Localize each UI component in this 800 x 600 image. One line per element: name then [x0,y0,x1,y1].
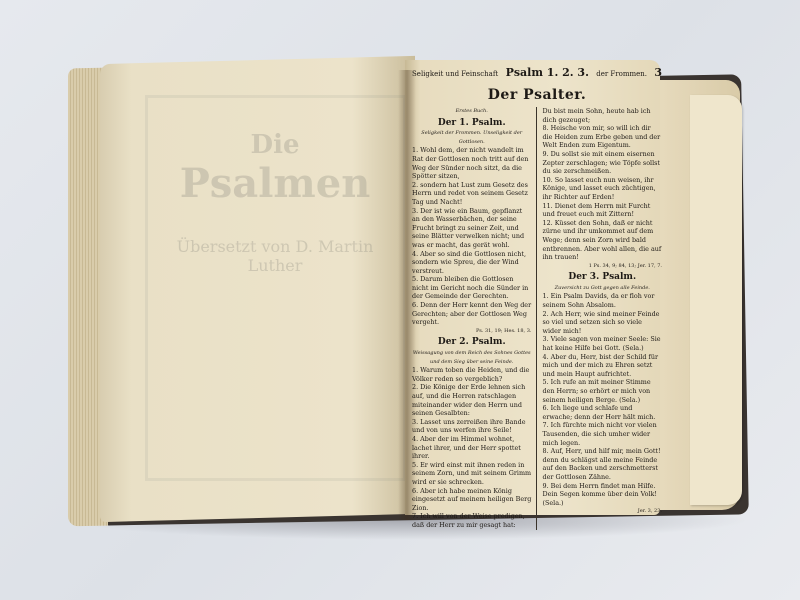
verse: 3. Lasset uns zerreißen ihre Bande und v… [412,418,532,435]
verse: 1. Warum toben die Heiden, und die Völke… [412,366,532,383]
verse: 4. Aber so sind die Gottlosen nicht, son… [412,250,532,276]
photo-scene: Die Psalmen Übersetzt von D. Martin Luth… [0,0,800,600]
verse: 2. Ach Herr, wie sind meiner Feinde so v… [543,310,663,336]
verse: 2. Die Könige der Erde lehnen sich auf, … [412,383,532,417]
verse: 11. Dienet dem Herrn mit Furcht und freu… [543,202,663,219]
page-number: 3 [654,66,662,79]
running-head-center: Psalm 1. 2. 3. [506,66,589,79]
psalm-3-heading: Der 3. Psalm. [543,273,663,282]
page-tab [690,95,742,505]
verse: 9. Du sollst sie mit einem eisernen Zept… [543,150,663,176]
verse: 3. Viele sagen von meiner Seele: Sie hat… [543,335,663,352]
running-head-right: der Frommen. [596,70,647,78]
verse: 3. Der ist wie ein Baum, gepflanzt an de… [412,207,532,250]
verse: 8. Auf, Herr, und hilf mir, mein Gott! d… [543,447,663,481]
verse: 4. Aber du, Herr, bist der Schild für mi… [543,353,663,379]
verse: 8. Heische von mir, so will ich dir die … [543,124,663,150]
verse: 6. Aber ich habe meinen König eingesetzt… [412,487,532,513]
text-column-left: Erstes Buch. Der 1. Psalm. Seligkeit der… [412,107,537,530]
verse: 5. Ich rufe an mit meiner Stimme den Her… [543,378,663,404]
psalm-1-heading: Der 1. Psalm. [412,119,532,128]
verse: 7. Ich will von der Weise predigen, daß … [412,512,532,529]
verse: 6. Denn der Herr kennt den Weg der Gerec… [412,301,532,327]
book-title: Der Psalter. [412,87,662,103]
psalm-2-heading: Der 2. Psalm. [412,338,532,347]
verse: 4. Aber der im Himmel wohnet, lachet ihr… [412,435,532,461]
verse: 6. Ich liege und schlafe und erwache; de… [543,404,663,421]
verse: 7. Ich fürchte mich nicht vor vielen Tau… [543,421,663,447]
running-head-left: Seligkeit und Feinschaft [412,70,498,78]
verse: 10. So lasset euch nun weisen, ihr König… [543,176,663,202]
verse: Du bist mein Sohn, heute hab ich dich ge… [543,107,663,124]
verse: 1. Ein Psalm Davids, da er floh vor sein… [543,292,663,309]
text-column-right: Du bist mein Sohn, heute hab ich dich ge… [543,107,663,530]
verse: 5. Darum bleiben die Gottlosen nicht im … [412,275,532,301]
running-head: Seligkeit und Feinschaft Psalm 1. 2. 3. … [412,66,662,79]
verse: 5. Er wird einst mit ihnen reden in sein… [412,461,532,487]
show-through-text: Die Psalmen Übersetzt von D. Martin Luth… [150,130,400,275]
verse: 9. Bei dem Herrn findet man Hilfe. Dein … [543,482,663,508]
verse: 1. Wohl dem, der nicht wandelt im Rat de… [412,146,532,180]
verse: 2. sondern hat Lust zum Gesetz des Herrn… [412,181,532,207]
right-page-text: Seligkeit und Feinschaft Psalm 1. 2. 3. … [412,66,662,530]
verse: 12. Küsset den Sohn, daß er nicht zürne … [543,219,663,262]
